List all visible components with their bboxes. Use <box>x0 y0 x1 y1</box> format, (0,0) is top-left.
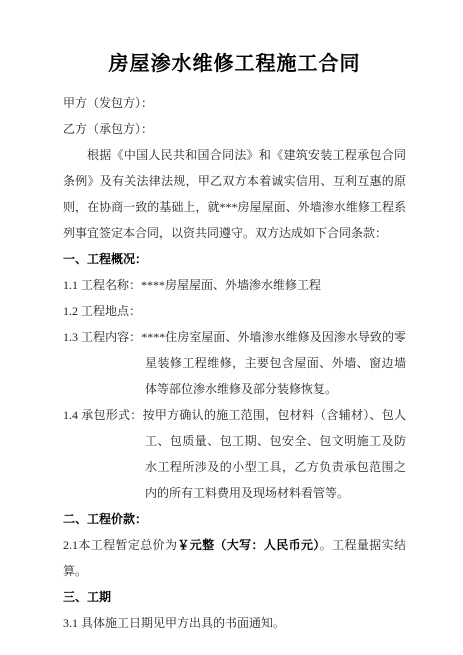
clause-1-1-label: 1.1 工程名称： <box>63 278 141 292</box>
clause-1-4-label: 1.4 承包形式： <box>63 408 143 422</box>
document-content: 房屋渗水维修工程施工合同 甲方（发包方）： 乙方（承包方）： 根据《中国人民共和… <box>0 0 463 636</box>
clause-1-3-label: 1.3 工程内容： <box>63 330 141 344</box>
document-title: 房屋渗水维修工程施工合同 <box>63 50 406 78</box>
clause-3-1: 3.1 具体施工日期见甲方出具的书面通知。 <box>63 610 406 636</box>
clause-1-3-content: ****住房室屋面、外墙渗水维修及因渗水导致的零星装修工程维修，主要包含屋面、外… <box>141 330 406 396</box>
clause-1-4: 1.4 承包形式：按甲方确认的施工范围，包材料（含辅材）、包人工、包质量、包工期… <box>63 402 406 506</box>
clause-2-1-amount: ￥元整（大写：人民币元） <box>177 538 319 552</box>
clause-1-1: 1.1 工程名称：****房屋屋面、外墙渗水维修工程 <box>63 272 406 298</box>
section-3-heading: 三、工期 <box>63 584 406 610</box>
party-a-line: 甲方（发包方）： <box>63 90 406 116</box>
clause-1-4-content: 按甲方确认的施工范围，包材料（含辅材）、包人工、包质量、包工期、包安全、包文明施… <box>143 408 406 500</box>
clause-1-1-content: ****房屋屋面、外墙渗水维修工程 <box>141 278 321 292</box>
clause-1-3: 1.3 工程内容：****住房室屋面、外墙渗水维修及因渗水导致的零星装修工程维修… <box>63 324 406 402</box>
clause-2-1-prefix: 2.1本工程暂定总价为 <box>63 538 177 552</box>
clause-2-1: 2.1本工程暂定总价为￥元整（大写：人民币元）。工程量据实结算。 <box>63 532 406 584</box>
clause-1-2-label: 1.2 工程地点： <box>63 304 141 318</box>
section-2-heading: 二、工程价款： <box>63 506 406 532</box>
party-b-line: 乙方（承包方）： <box>63 116 406 142</box>
contract-document-page: 房屋渗水维修工程施工合同 甲方（发包方）： 乙方（承包方）： 根据《中国人民共和… <box>0 0 463 655</box>
section-1-heading: 一、工程概况： <box>63 246 406 272</box>
intro-paragraph: 根据《中国人民共和国合同法》和《建筑安装工程承包合同条例》及有关法律法规，甲乙双… <box>63 142 406 246</box>
clause-1-2: 1.2 工程地点： <box>63 298 406 324</box>
